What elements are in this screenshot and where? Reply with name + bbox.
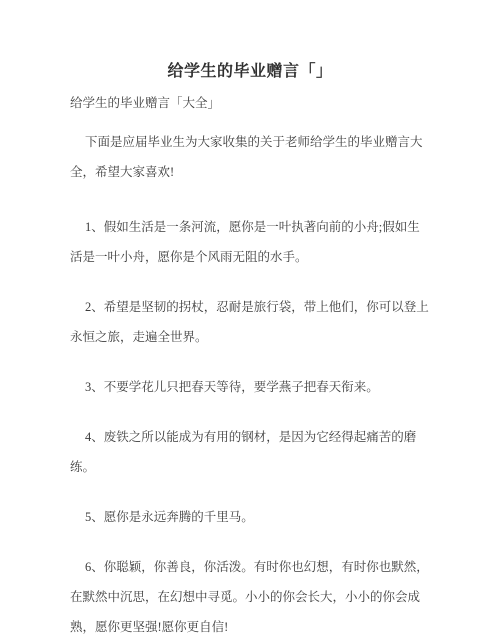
document-subtitle: 给学生的毕业赠言「大全」	[70, 95, 500, 111]
message-paragraph-6: 6、你聪颖，你善良，你活泼。有时你也幻想，有时你也默然，在默然中沉思，在幻想中寻…	[70, 552, 432, 637]
document-page: 给学生的毕业赠言「」 给学生的毕业赠言「大全」 下面是应届毕业生为大家收集的关于…	[0, 0, 500, 637]
message-paragraph-2: 2、希望是坚韧的拐杖，忍耐是旅行袋，带上他们，你可以登上永恒之旅，走遍全世界。	[70, 292, 432, 352]
message-paragraph-3: 3、不要学花儿只把春天等待，要学燕子把春天衔来。	[70, 372, 432, 402]
message-paragraph-5: 5、愿你是永远奔腾的千里马。	[70, 502, 432, 532]
message-paragraph-1: 1、假如生活是一条河流，愿你是一叶执著向前的小舟;假如生活是一叶小舟，愿你是个风…	[70, 212, 432, 272]
intro-paragraph: 下面是应届毕业生为大家收集的关于老师给学生的毕业赠言大全，希望大家喜欢!	[70, 127, 432, 187]
message-paragraph-4: 4、废铁之所以能成为有用的钢材，是因为它经得起痛苦的磨练。	[70, 422, 432, 482]
document-body: 下面是应届毕业生为大家收集的关于老师给学生的毕业赠言大全，希望大家喜欢! 1、假…	[70, 127, 432, 637]
document-title: 给学生的毕业赠言「」	[0, 0, 500, 82]
